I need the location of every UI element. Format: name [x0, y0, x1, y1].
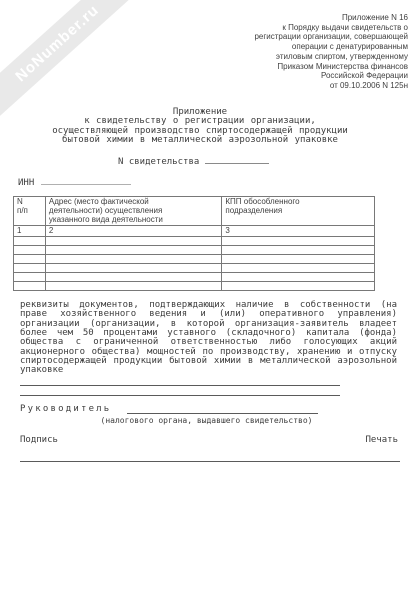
head-of-authority-blank — [127, 413, 318, 414]
title-line: бытовой химии в металлической аэрозольно… — [0, 136, 400, 145]
table-empty-cell — [45, 263, 221, 272]
approval-line: Российской Федерации — [168, 71, 408, 81]
table-empty-cell — [45, 272, 221, 281]
document-page: NoNumber.ru Приложение N 16 к Порядку вы… — [0, 0, 420, 600]
table-empty-cell — [14, 263, 46, 272]
table-empty-cell — [14, 254, 46, 263]
blank-fill-line — [20, 385, 340, 386]
approval-line: от 09.10.2006 N 125н — [168, 81, 408, 91]
certificate-number-blank — [205, 163, 269, 164]
table-empty-cell — [45, 254, 221, 263]
approval-line: регистрации организации, совершающей — [168, 32, 408, 42]
approval-header: Приложение N 16 к Порядку выдачи свидете… — [168, 13, 408, 91]
table-empty-cell — [222, 254, 375, 263]
table-empty-cell — [45, 245, 221, 254]
certificate-number-label: N свидетельства — [118, 157, 199, 167]
table-empty-row — [14, 254, 375, 263]
table-column-number: 1 — [14, 225, 46, 236]
table-empty-row — [14, 236, 375, 245]
table-empty-cell — [222, 263, 375, 272]
requisites-paragraph: реквизиты документов, подтверждающих нал… — [20, 301, 397, 376]
approval-line: к Порядку выдачи свидетельств о — [168, 23, 408, 33]
approval-line: Приложение N 16 — [168, 13, 408, 23]
head-of-authority-caption: (налогового органа, выдавшего свидетельс… — [95, 416, 318, 425]
table-empty-row — [14, 272, 375, 281]
inn-line: ИНН — [18, 178, 131, 188]
table-empty-cell — [222, 245, 375, 254]
table-column-number: 2 — [45, 225, 221, 236]
watermark-text: NoNumber.ru — [12, 1, 102, 85]
inn-label: ИНН — [18, 178, 34, 188]
table-empty-row — [14, 245, 375, 254]
certificate-number-line: N свидетельства — [118, 157, 269, 167]
stamp-label: Печать — [365, 435, 398, 445]
head-of-authority-label: Руководитель — [20, 404, 111, 414]
inn-blank — [41, 184, 131, 185]
approval-line: операции с денатурированным — [168, 42, 408, 52]
table-header-npp: N п/п — [14, 197, 46, 226]
table-header-row: N п/п Адрес (место фактической деятельно… — [14, 197, 375, 226]
approval-line: этиловым спиртом, утвержденному — [168, 52, 408, 62]
approval-line: Приказом Министерства финансов — [168, 62, 408, 72]
watermark: NoNumber.ru — [0, 0, 138, 118]
addresses-table-body: N п/п Адрес (место фактической деятельно… — [14, 197, 375, 291]
bottom-rule — [20, 461, 400, 462]
table-empty-cell — [45, 236, 221, 245]
table-header-kpp: КПП обособленного подразделения — [222, 197, 375, 226]
table-column-number: 3 — [222, 225, 375, 236]
document-title: Приложение к свидетельству о регистрации… — [0, 108, 400, 145]
table-header-address: Адрес (место фактической деятельности) о… — [45, 197, 221, 226]
signature-label: Подпись — [20, 435, 58, 445]
table-column-number-row: 1 2 3 — [14, 225, 375, 236]
table-empty-cell — [14, 281, 46, 290]
blank-fill-line — [20, 395, 340, 396]
table-empty-cell — [14, 245, 46, 254]
table-empty-row — [14, 281, 375, 290]
table-empty-cell — [14, 236, 46, 245]
table-empty-cell — [45, 281, 221, 290]
table-empty-cell — [14, 272, 46, 281]
table-empty-cell — [222, 272, 375, 281]
table-empty-cell — [222, 281, 375, 290]
table-empty-row — [14, 263, 375, 272]
table-empty-cell — [222, 236, 375, 245]
addresses-table: N п/п Адрес (место фактической деятельно… — [13, 196, 375, 291]
